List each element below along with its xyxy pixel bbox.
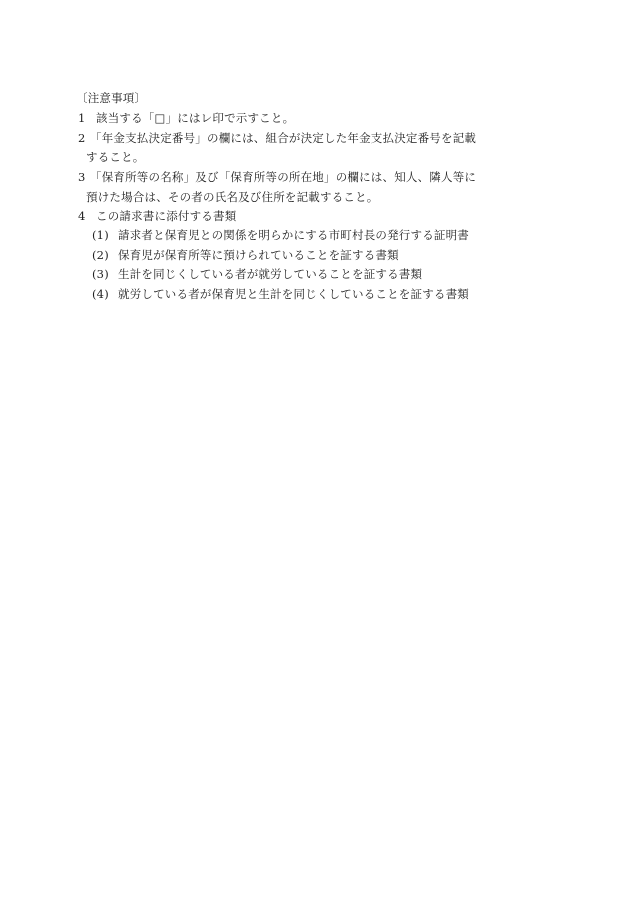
sub-item-number: (2) [92,246,118,264]
sub-item-3: (3)生計を同じくしている者が就労していることを証する書類 [92,265,422,283]
sub-item-text: 生計を同じくしている者が就労していることを証する書類 [118,267,422,281]
note-item-3-continuation: 預けた場合は、その者の氏名及び住所を記載すること。 [86,188,379,206]
note-text: 「年金支払決定番号」の欄には、組合が決定した年金支払決定番号を記載 [90,131,476,145]
note-item-3: 3「保育所等の名称」及び「保育所等の所在地」の欄には、知人、隣人等に [78,168,476,186]
note-number: 3 [78,168,90,186]
note-text: 該当する「□」にはレ印で示すこと。 [96,111,294,125]
note-item-1: 1該当する「□」にはレ印で示すこと。 [78,109,294,127]
sub-item-text: 就労している者が保育児と生計を同じくしていることを証する書類 [118,287,469,301]
sub-item-text: 保育児が保育所等に預けられていることを証する書類 [118,248,399,262]
document-page: 〔注意事項〕 1該当する「□」にはレ印で示すこと。 2「年金支払決定番号」の欄に… [0,0,630,903]
note-item-2-continuation: すること。 [86,148,145,166]
note-text: 「保育所等の名称」及び「保育所等の所在地」の欄には、知人、隣人等に [90,170,476,184]
sub-item-1: (1)請求者と保育児との関係を明らかにする市町村長の発行する証明書 [92,226,469,244]
note-number: 4 [78,207,96,225]
notes-heading: 〔注意事項〕 [76,89,146,107]
sub-item-text: 請求者と保育児との関係を明らかにする市町村長の発行する証明書 [118,228,469,242]
sub-item-2: (2)保育児が保育所等に預けられていることを証する書類 [92,246,399,264]
note-text: この請求書に添付する書類 [96,209,236,223]
note-item-4: 4この請求書に添付する書類 [78,207,236,225]
note-item-2: 2「年金支払決定番号」の欄には、組合が決定した年金支払決定番号を記載 [78,129,476,147]
note-number: 1 [78,109,96,127]
note-number: 2 [78,129,90,147]
sub-item-number: (4) [92,285,118,303]
sub-item-number: (1) [92,226,118,244]
sub-item-4: (4)就労している者が保育児と生計を同じくしていることを証する書類 [92,285,469,303]
sub-item-number: (3) [92,265,118,283]
